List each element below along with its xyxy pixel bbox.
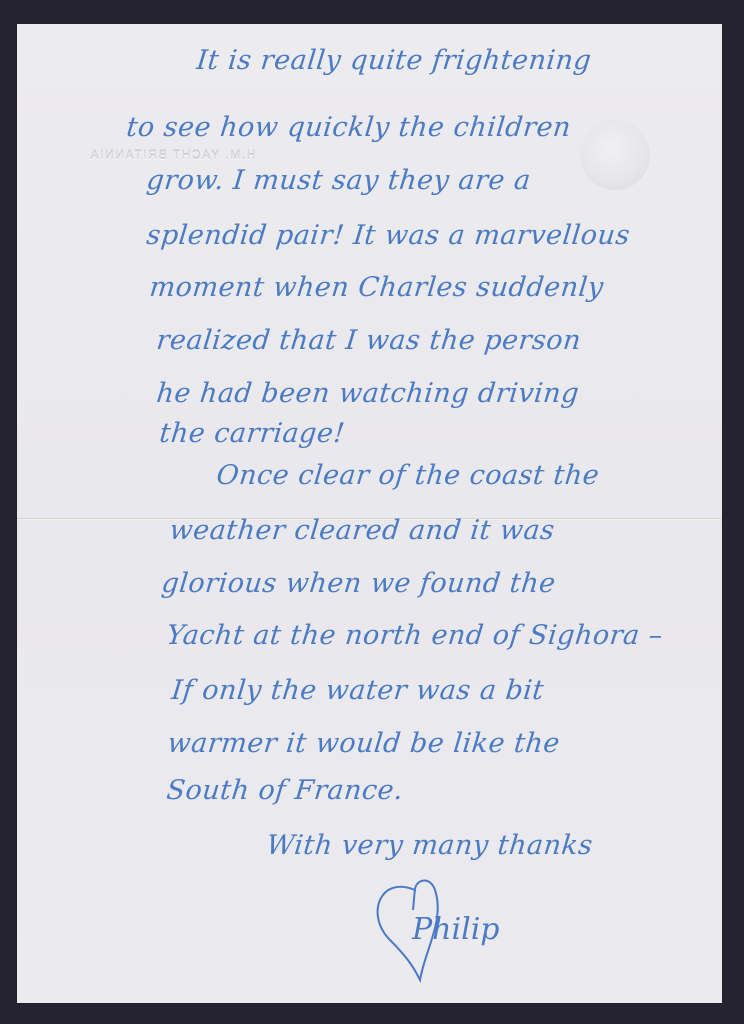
letter-line-13: If only the water was a bit	[170, 675, 546, 706]
letter-line-6: realized that I was the person	[155, 325, 583, 356]
signature: Philip	[412, 912, 500, 947]
closing-line: With very many thanks	[265, 830, 594, 861]
letter-line-11: glorious when we found the	[160, 568, 557, 599]
letter-line-14: warmer it would be like the	[166, 728, 562, 759]
letter-line-5: moment when Charles suddenly	[148, 272, 605, 303]
letter-line-2: to see how quickly the children	[125, 112, 573, 143]
embossed-crest	[580, 120, 650, 190]
letter-line-4: splendid pair! It was a marvellous	[145, 220, 632, 251]
letter-line-8: the carriage!	[158, 418, 346, 449]
letter-line-15: South of France.	[165, 775, 405, 806]
letter-line-10: weather cleared and it was	[168, 515, 556, 546]
letter-line-1: It is really quite frightening	[195, 45, 593, 76]
embossed-letterhead: H.M. YACHT BRITANNIA	[89, 148, 255, 162]
letter-line-9: Once clear of the coast the	[215, 460, 601, 491]
letter-line-12: Yacht at the north end of Sighora –	[165, 620, 664, 651]
letter-line-7: he had been watching driving	[155, 378, 581, 409]
letter-line-3: grow. I must say they are a	[145, 165, 532, 196]
